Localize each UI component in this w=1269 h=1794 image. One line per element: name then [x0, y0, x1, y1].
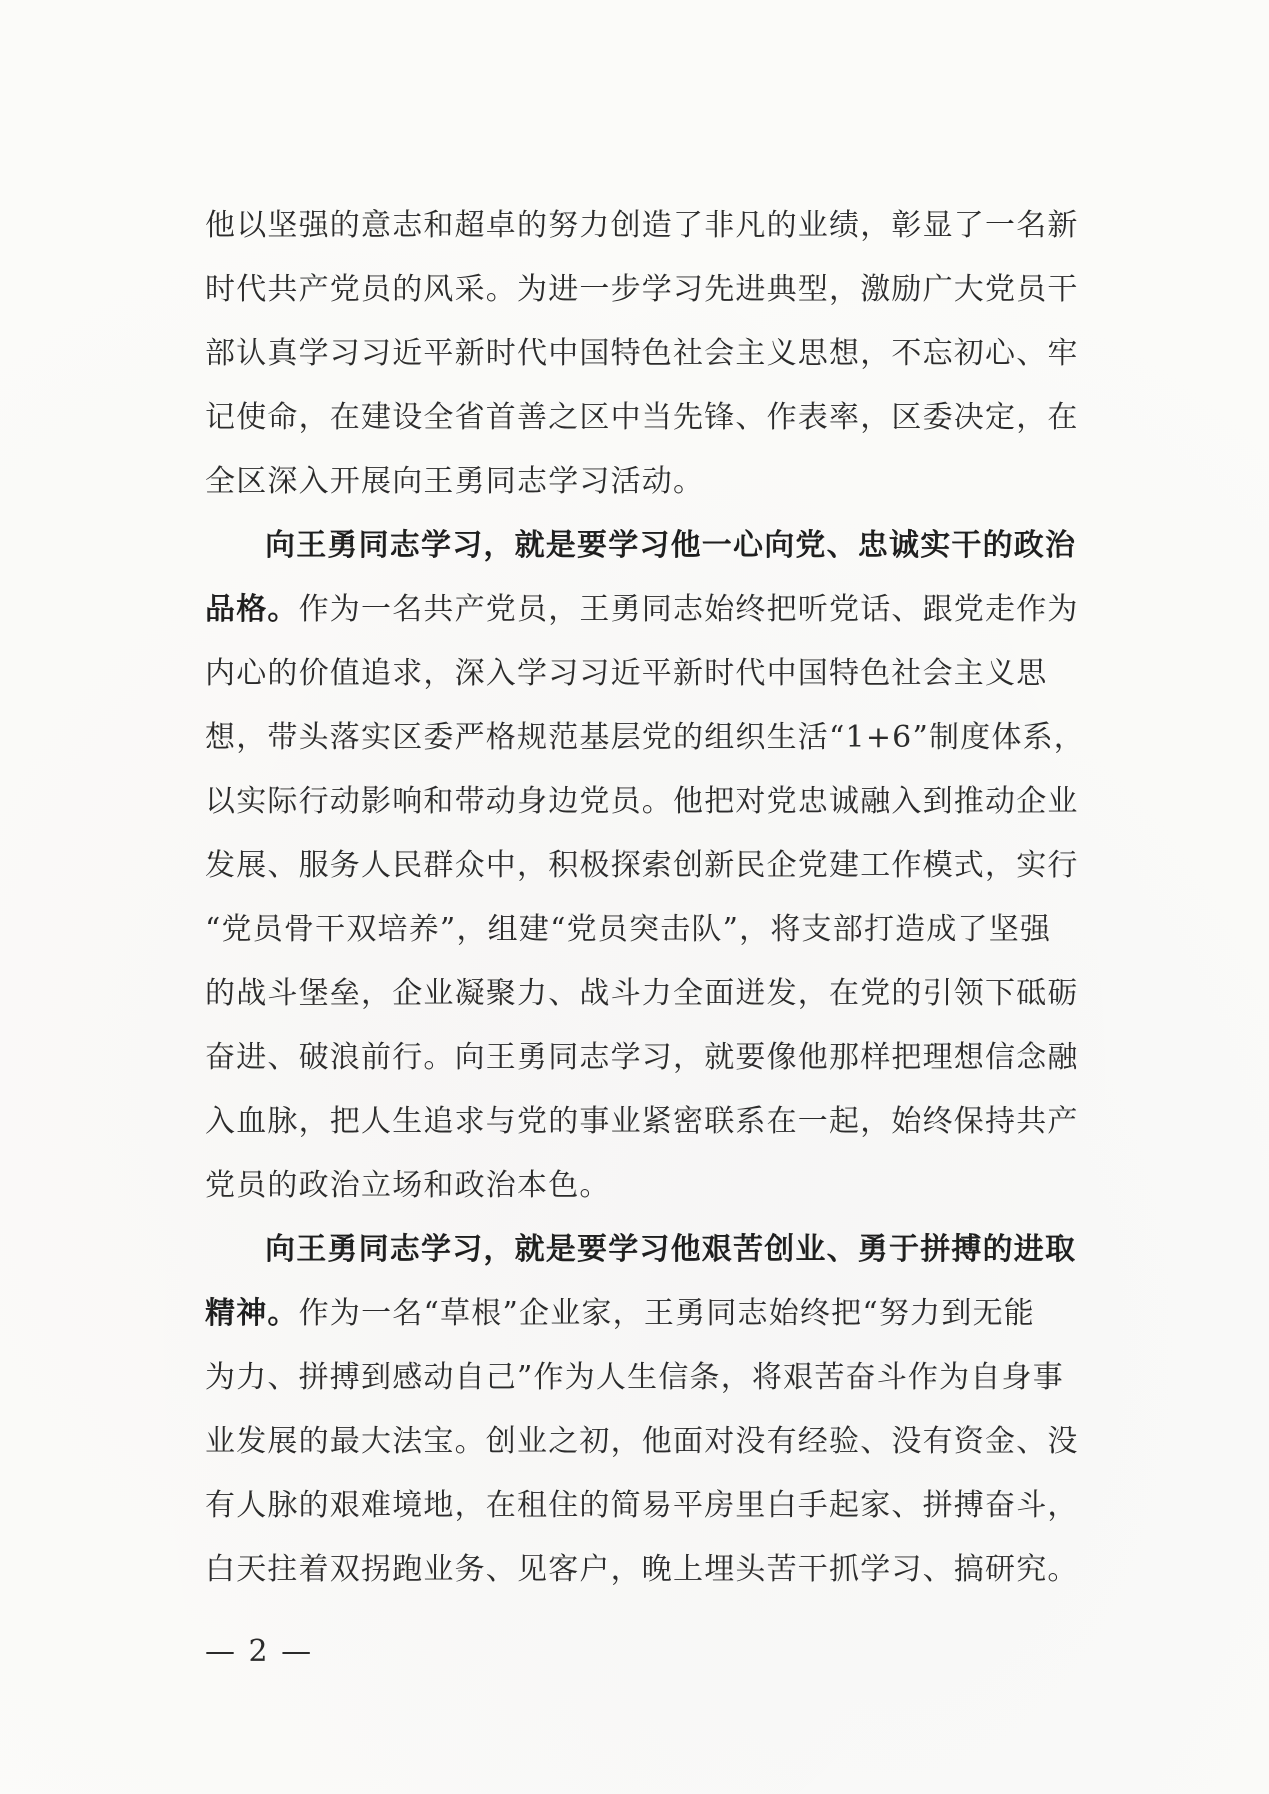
text-line-content: 有人脉的艰难境地，在租住的简易平房里白手起家、拼搏奋斗， — [205, 1478, 1035, 1542]
paragraph-text: 奋进、破浪前行。向王勇同志学习，就要像他那样把理想信念融 — [205, 1040, 1079, 1075]
text-line: 的战斗堡垒，企业凝聚力、战斗力全面迸发，在党的引领下砥砺 — [205, 966, 1035, 1030]
paragraph-text: 内心的价值追求，深入学习习近平新时代中国特色社会主义思 — [205, 656, 1047, 691]
text-line: 向王勇同志学习，就是要学习他一心向党、忠诚实干的政治 — [205, 518, 1035, 582]
paragraph-text: 他以坚强的意志和超卓的努力创造了非凡的业绩，彰显了一名新 — [205, 208, 1079, 243]
paragraph-text: 作为一名“草根”企业家，王勇同志始终把“努力到无能 — [299, 1296, 1035, 1331]
text-line: 精神。作为一名“草根”企业家，王勇同志始终把“努力到无能 — [205, 1286, 1035, 1350]
paragraph-text: 有人脉的艰难境地，在租住的简易平房里白手起家、拼搏奋斗， — [205, 1488, 1079, 1523]
text-line-content: 入血脉，把人生追求与党的事业紧密联系在一起，始终保持共产 — [205, 1094, 1035, 1158]
text-line-content: 全区深入开展向王勇同志学习活动。 — [205, 454, 1035, 518]
text-line: 奋进、破浪前行。向王勇同志学习，就要像他那样把理想信念融 — [205, 1030, 1035, 1094]
page-number: — 2 — — [205, 1632, 313, 1672]
paragraph-text: 记使命，在建设全省首善之区中当先锋、作表率，区委决定，在 — [205, 400, 1079, 435]
paragraph-text: 时代共产党员的风采。为进一步学习先进典型，激励广大党员干 — [205, 272, 1079, 307]
text-line-content: 内心的价值追求，深入学习习近平新时代中国特色社会主义思 — [205, 646, 1035, 710]
text-line: 入血脉，把人生追求与党的事业紧密联系在一起，始终保持共产 — [205, 1094, 1035, 1158]
text-line: 为力、拼搏到感动自己”作为人生信条，将艰苦奋斗作为自身事 — [205, 1350, 1035, 1414]
text-line: 内心的价值追求，深入学习习近平新时代中国特色社会主义思 — [205, 646, 1035, 710]
paragraph-text: 白天拄着双拐跑业务、见客户，晚上埋头苦干抓学习、搞研究。 — [205, 1552, 1079, 1587]
text-line: 全区深入开展向王勇同志学习活动。 — [205, 454, 1035, 518]
text-line-content: 发展、服务人民群众中，积极探索创新民企党建工作模式，实行 — [205, 838, 1035, 902]
paragraph-text: 入血脉，把人生追求与党的事业紧密联系在一起，始终保持共产 — [205, 1104, 1079, 1139]
document-body: 他以坚强的意志和超卓的努力创造了非凡的业绩，彰显了一名新时代共产党员的风采。为进… — [205, 198, 1035, 1606]
paragraph-text: 为力、拼搏到感动自己”作为人生信条，将艰苦奋斗作为自身事 — [205, 1360, 1064, 1395]
text-line: 品格。作为一名共产党员，王勇同志始终把听党话、跟党走作为 — [205, 582, 1035, 646]
paragraph-text: 的战斗堡垒，企业凝聚力、战斗力全面迸发，在党的引领下砥砺 — [205, 976, 1079, 1011]
text-line-content: 以实际行动影响和带动身边党员。他把对党忠诚融入到推动企业 — [205, 774, 1035, 838]
paragraph-text: “党员骨干双培养”，组建“党员突击队”，将支部打造成了坚强 — [205, 912, 1051, 947]
paragraph-text: 作为一名共产党员，王勇同志始终把听党话、跟党走作为 — [299, 592, 1079, 627]
bold-heading-text: 向王勇同志学习，就是要学习他一心向党、忠诚实干的政治 — [265, 528, 1076, 563]
text-line-content: 精神。作为一名“草根”企业家，王勇同志始终把“努力到无能 — [205, 1286, 1035, 1350]
text-line-content: 向王勇同志学习，就是要学习他一心向党、忠诚实干的政治 — [265, 518, 1035, 582]
text-line-content: 向王勇同志学习，就是要学习他艰苦创业、勇于拼搏的进取 — [265, 1222, 1035, 1286]
text-line-content: 记使命，在建设全省首善之区中当先锋、作表率，区委决定，在 — [205, 390, 1035, 454]
bold-heading-text: 精神。 — [205, 1296, 299, 1331]
text-line-content: 为力、拼搏到感动自己”作为人生信条，将艰苦奋斗作为自身事 — [205, 1350, 1035, 1414]
text-line: “党员骨干双培养”，组建“党员突击队”，将支部打造成了坚强 — [205, 902, 1035, 966]
text-line: 他以坚强的意志和超卓的努力创造了非凡的业绩，彰显了一名新 — [205, 198, 1035, 262]
text-line: 想，带头落实区委严格规范基层党的组织生活“1+6”制度体系， — [205, 710, 1035, 774]
bold-heading-text: 品格。 — [205, 592, 299, 627]
paragraph-text: 党员的政治立场和政治本色。 — [205, 1168, 611, 1203]
text-line-content: 想，带头落实区委严格规范基层党的组织生活“1+6”制度体系， — [205, 710, 1035, 774]
text-line: 部认真学习习近平新时代中国特色社会主义思想，不忘初心、牢 — [205, 326, 1035, 390]
text-line: 以实际行动影响和带动身边党员。他把对党忠诚融入到推动企业 — [205, 774, 1035, 838]
text-line-content: 奋进、破浪前行。向王勇同志学习，就要像他那样把理想信念融 — [205, 1030, 1035, 1094]
paragraph-text: 业发展的最大法宝。创业之初，他面对没有经验、没有资金、没 — [205, 1424, 1079, 1459]
paragraph-text: 全区深入开展向王勇同志学习活动。 — [205, 464, 704, 499]
bold-heading-text: 向王勇同志学习，就是要学习他艰苦创业、勇于拼搏的进取 — [265, 1232, 1076, 1267]
text-line: 向王勇同志学习，就是要学习他艰苦创业、勇于拼搏的进取 — [205, 1222, 1035, 1286]
text-line-content: 时代共产党员的风采。为进一步学习先进典型，激励广大党员干 — [205, 262, 1035, 326]
paragraph-text: 部认真学习习近平新时代中国特色社会主义思想，不忘初心、牢 — [205, 336, 1079, 371]
text-line-content: 他以坚强的意志和超卓的努力创造了非凡的业绩，彰显了一名新 — [205, 198, 1035, 262]
text-line-content: 品格。作为一名共产党员，王勇同志始终把听党话、跟党走作为 — [205, 582, 1035, 646]
text-line-content: 的战斗堡垒，企业凝聚力、战斗力全面迸发，在党的引领下砥砺 — [205, 966, 1035, 1030]
paragraph-text: 以实际行动影响和带动身边党员。他把对党忠诚融入到推动企业 — [205, 784, 1079, 819]
text-line: 发展、服务人民群众中，积极探索创新民企党建工作模式，实行 — [205, 838, 1035, 902]
paragraph-text: 发展、服务人民群众中，积极探索创新民企党建工作模式，实行 — [205, 848, 1079, 883]
paragraph-text: 想，带头落实区委严格规范基层党的组织生活“1+6”制度体系， — [205, 720, 1085, 755]
text-line: 党员的政治立场和政治本色。 — [205, 1158, 1035, 1222]
text-line-content: 党员的政治立场和政治本色。 — [205, 1158, 1035, 1222]
text-line: 业发展的最大法宝。创业之初，他面对没有经验、没有资金、没 — [205, 1414, 1035, 1478]
text-line-content: 业发展的最大法宝。创业之初，他面对没有经验、没有资金、没 — [205, 1414, 1035, 1478]
text-line-content: 部认真学习习近平新时代中国特色社会主义思想，不忘初心、牢 — [205, 326, 1035, 390]
text-line: 有人脉的艰难境地，在租住的简易平房里白手起家、拼搏奋斗， — [205, 1478, 1035, 1542]
text-line-content: 白天拄着双拐跑业务、见客户，晚上埋头苦干抓学习、搞研究。 — [205, 1542, 1035, 1606]
text-line: 时代共产党员的风采。为进一步学习先进典型，激励广大党员干 — [205, 262, 1035, 326]
text-line: 白天拄着双拐跑业务、见客户，晚上埋头苦干抓学习、搞研究。 — [205, 1542, 1035, 1606]
text-line: 记使命，在建设全省首善之区中当先锋、作表率，区委决定，在 — [205, 390, 1035, 454]
text-line-content: “党员骨干双培养”，组建“党员突击队”，将支部打造成了坚强 — [205, 902, 1035, 966]
